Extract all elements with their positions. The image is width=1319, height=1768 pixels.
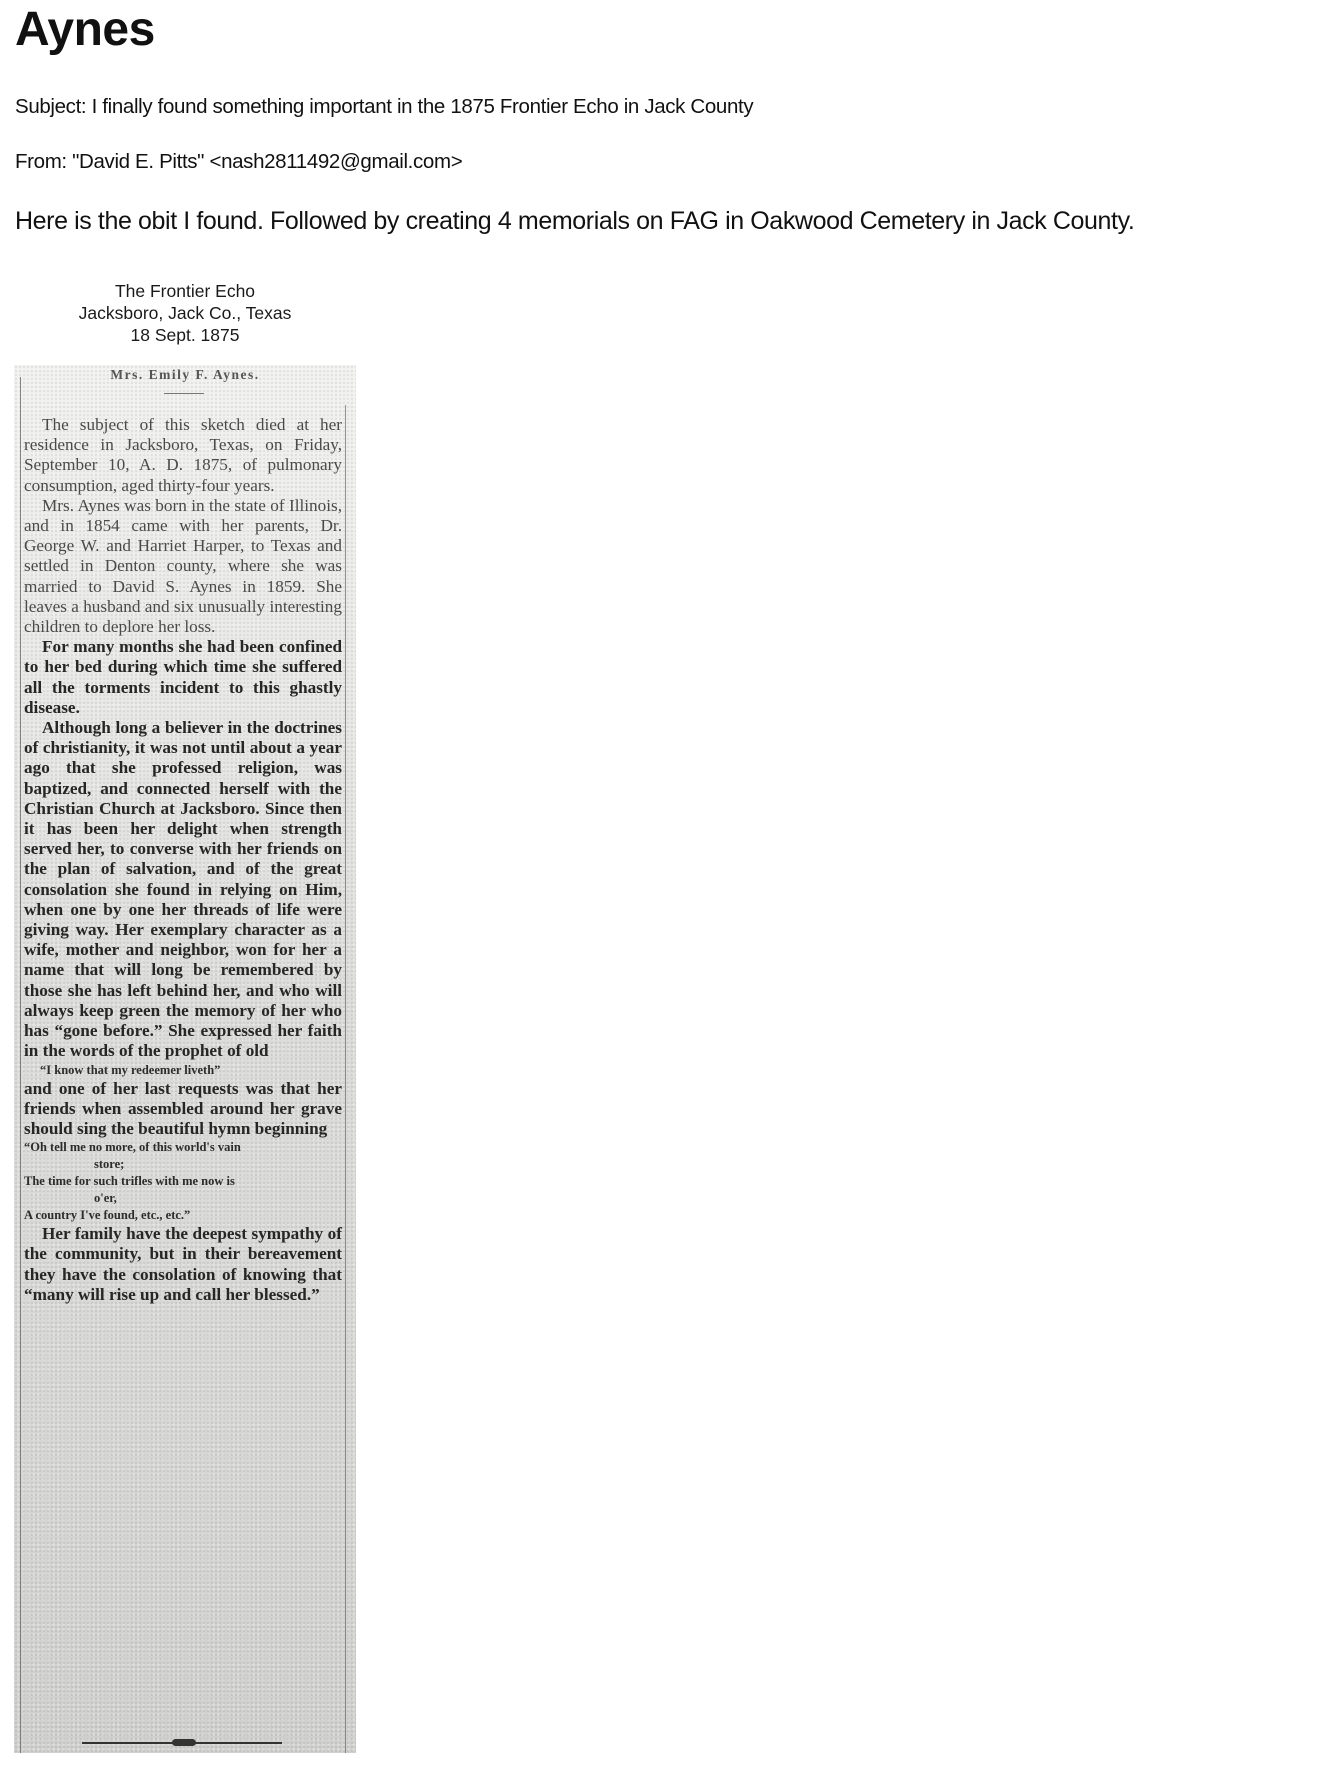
headline-divider: [164, 393, 204, 394]
hymn-line: The time for such trifles with me now is: [24, 1173, 342, 1190]
newspaper-location: Jacksboro, Jack Co., Texas: [40, 302, 330, 324]
hymn-line: “Oh tell me no more, of this world's vai…: [24, 1139, 342, 1156]
email-from: From: "David E. Pitts" <nash2811492@gmai…: [15, 149, 462, 175]
page-title: Aynes: [15, 2, 155, 58]
obituary-headline: Mrs. Emily F. Aynes.: [14, 367, 356, 383]
newspaper-name: The Frontier Echo: [40, 280, 330, 302]
obituary-paragraph: Mrs. Aynes was born in the state of Illi…: [24, 496, 342, 637]
obituary-paragraph: The subject of this sketch died at her r…: [24, 415, 342, 496]
end-ornament-divider: [82, 1742, 282, 1744]
obituary-paragraph: Her family have the deepest sympathy of …: [24, 1224, 342, 1305]
obituary-body: The subject of this sketch died at her r…: [24, 415, 342, 1305]
column-rule-right: [345, 405, 346, 1753]
intro-text: Here is the obit I found. Followed by cr…: [15, 205, 1134, 237]
newspaper-clipping-image: Mrs. Emily F. Aynes. The subject of this…: [14, 365, 356, 1753]
hymn-line: A country I've found, etc., etc.”: [24, 1207, 342, 1224]
hymn-line: o'er,: [24, 1190, 342, 1207]
obituary-paragraph: and one of her last requests was that he…: [24, 1079, 342, 1140]
scripture-quote: “I know that my redeemer liveth”: [24, 1062, 342, 1079]
hymn-line: store;: [24, 1156, 342, 1173]
email-subject: Subject: I finally found something impor…: [15, 94, 753, 120]
obituary-paragraph: For many months she had been confined to…: [24, 637, 342, 718]
clipping-caption: The Frontier Echo Jacksboro, Jack Co., T…: [40, 280, 330, 346]
column-rule-left: [20, 377, 21, 1753]
newspaper-date: 18 Sept. 1875: [40, 324, 330, 346]
obituary-paragraph: Although long a believer in the doctrine…: [24, 718, 342, 1061]
